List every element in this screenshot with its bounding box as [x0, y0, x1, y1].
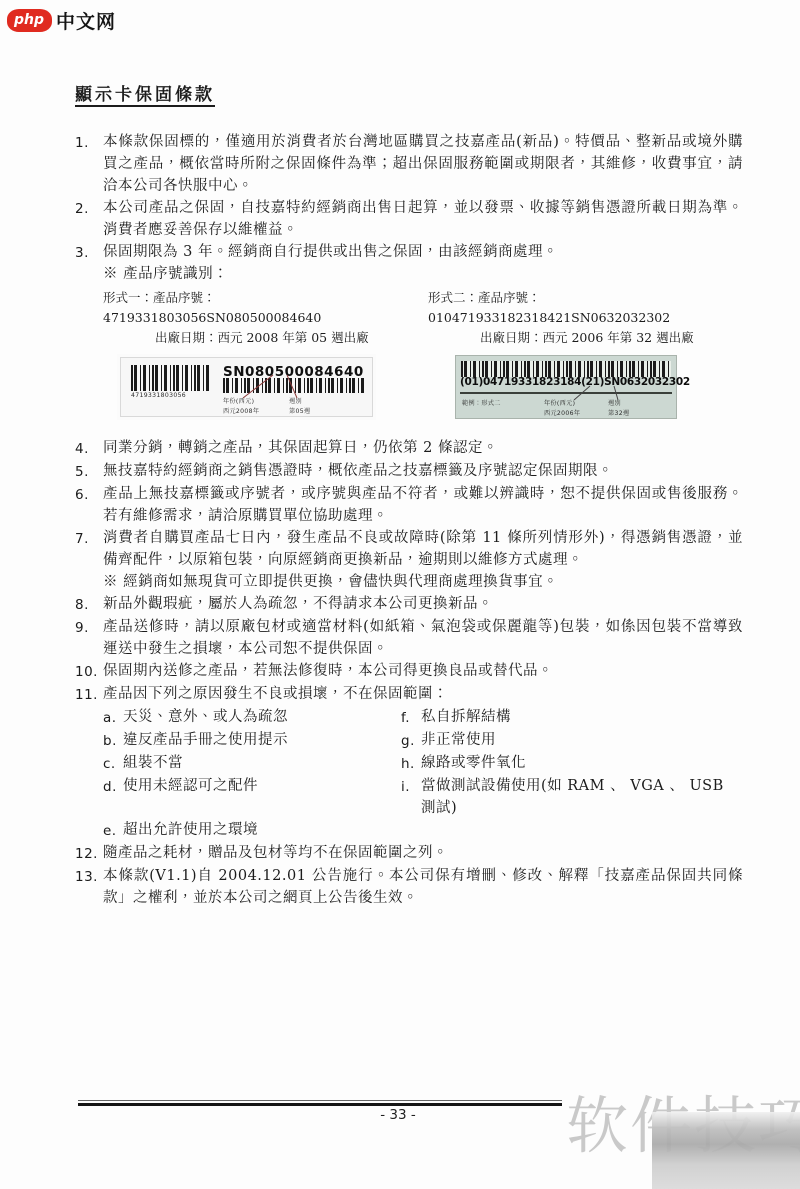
- year-annotation: 年份(西元) 西元2008年: [223, 398, 276, 418]
- format1-prefix: 形式一：: [103, 290, 153, 305]
- year-label: 年份(西元): [544, 400, 580, 407]
- ean-barcode-image: [131, 365, 211, 391]
- term-item-1: 1. 本條款保固標的，僅適用於消費者於台灣地區購買之技嘉產品(新品)。特價品、整…: [75, 131, 743, 197]
- exclusion-text: 違反產品手冊之使用提示: [123, 729, 288, 751]
- exclusion-text: 使用未經認可之配件: [123, 775, 258, 797]
- term-number: 8.: [75, 593, 103, 616]
- term-item-7: 7. 消費者自購買產品七日內，發生產品不良或故障時(除第 11 條所列情形外)，…: [75, 527, 743, 593]
- format2-prefix: 形式二：: [428, 290, 478, 305]
- scan-artifact-block: [652, 1112, 800, 1189]
- week-annotation: 週別 第32週: [608, 400, 639, 420]
- term-item-13: 13. 本條款(V1.1)自 2004.12.01 公告施行。本公司保有增刪、修…: [75, 865, 743, 909]
- term-number: 6.: [75, 483, 103, 506]
- term-number: 13.: [75, 865, 103, 888]
- barcode-label-format1: 4719331803056 SN080500084640 年份(西元) 西元20…: [120, 357, 373, 417]
- year-label: 年份(西元): [223, 398, 259, 405]
- week-value: 第32週: [608, 410, 629, 417]
- serial-barcode-image: [223, 378, 366, 393]
- exclusion-item-c: c.組裝不當: [103, 752, 401, 775]
- term-item-3: 3. 保固期限為 3 年。經銷商自行提供或出售之保固，由該經銷商處理。 ※ 產品…: [75, 241, 743, 437]
- term-number: 1.: [75, 131, 103, 154]
- term-text: 消費者自購買產品七日內，發生產品不良或故障時(除第 11 條所列情形外)，得憑銷…: [103, 527, 743, 571]
- label-divider-line: [460, 392, 672, 394]
- term-text: 新品外觀瑕疵，屬於人為疏忽，不得請求本公司更換新品。: [103, 593, 743, 615]
- term-item-11: 11. 產品因下列之原因發生不良或損壞，不在保固範圍：: [75, 683, 743, 706]
- exclusion-item-a: a.天災、意外、或人為疏忽: [103, 706, 401, 729]
- exclusion-item-e: e.超出允許使用之環境: [103, 819, 401, 842]
- term-item-5: 5. 無技嘉特約經銷商之銷售憑證時，概依產品之技嘉標籤及序號認定保固期限。: [75, 460, 743, 483]
- format1-date: 出廠日期：西元 2008 年第 05 週出廠: [103, 328, 428, 348]
- exclusions-grid: a.天災、意外、或人為疏忽 f.私自拆解結構 b.違反產品手冊之使用提示 g.非…: [103, 706, 743, 842]
- term-number: 9.: [75, 616, 103, 639]
- term-text: 本條款(V1.1)自 2004.12.01 公告施行。本公司保有增刪、修改、解釋…: [103, 865, 743, 909]
- page-number: - 33 -: [358, 1107, 438, 1123]
- exclusion-text: 組裝不當: [123, 752, 183, 774]
- exclusion-text: 線路或零件氧化: [421, 752, 526, 774]
- exclusion-text: 私自拆解結構: [421, 706, 511, 728]
- label-caption: 範例：形式二: [462, 400, 501, 407]
- document-page: php 中文网 顯示卡保固條款 1. 本條款保固標的，僅適用於消費者於台灣地區購…: [0, 0, 800, 1189]
- week-annotation: 週別 第05週: [289, 398, 320, 418]
- gs1-code-text: (01)04719331823184(21)SN0632032302: [460, 371, 690, 393]
- term-text: 產品送修時，請以原廠包材或適當材料(如紙箱、氣泡袋或保麗龍等)包裝，如係因包裝不…: [103, 616, 743, 660]
- term-text: 隨產品之耗材，贈品及包材等均不在保固範圍之列。: [103, 842, 743, 864]
- term-number: 11.: [75, 683, 103, 706]
- exclusion-letter: i.: [401, 775, 421, 798]
- warranty-terms-list: 1. 本條款保固標的，僅適用於消費者於台灣地區購買之技嘉產品(新品)。特價品、整…: [75, 131, 743, 909]
- term-text: 本公司產品之保固，自技嘉特約經銷商出售日起算，並以發票、收據等銷售憑證所載日期為…: [103, 197, 743, 241]
- exclusion-item-b: b.違反產品手冊之使用提示: [103, 729, 401, 752]
- logo-text: 中文网: [56, 7, 116, 34]
- term-text: 產品上無技嘉標籤或序號者，或序號與產品不符者，或難以辨識時，恕不提供保固或售後服…: [103, 483, 743, 527]
- term-text: 本條款保固標的，僅適用於消費者於台灣地區購買之技嘉產品(新品)。特價品、整新品或…: [103, 131, 743, 197]
- dealer-exchange-note: ※ 經銷商如無現貨可立即提供更換，會儘快與代理商處理換貨事宜。: [103, 571, 743, 593]
- page-title: 顯示卡保固條款: [75, 80, 743, 105]
- term-item-6: 6. 產品上無技嘉標籤或序號者，或序號與產品不符者，或難以辨識時，恕不提供保固或…: [75, 483, 743, 527]
- serial-format-2: 形式二：產品序號：010471933182318421SN0632032302 …: [428, 288, 743, 348]
- term-text: 同業分銷，轉銷之產品，其保固起算日，仍依第 2 條認定。: [103, 437, 743, 459]
- exclusion-text: 非正常使用: [421, 729, 496, 751]
- exclusion-text: 天災、意外、或人為疏忽: [123, 706, 288, 728]
- year-value: 西元2008年: [223, 408, 259, 415]
- year-value: 西元2006年: [544, 410, 580, 417]
- barcode-label-format2: (01)04719331823184(21)SN0632032302 範例：形式…: [455, 355, 677, 419]
- exclusion-item-f: f.私自拆解結構: [401, 706, 743, 729]
- term-number: 3.: [75, 241, 103, 264]
- ean-barcode-text: 4719331803056: [131, 392, 213, 399]
- exclusion-letter: g.: [401, 729, 421, 752]
- exclusion-item-h: h.線路或零件氧化: [401, 752, 743, 775]
- week-label: 週別: [289, 398, 310, 405]
- exclusion-item-d: d.使用未經認可之配件: [103, 775, 401, 819]
- term-text: 保固期限為 3 年。經銷商自行提供或出售之保固，由該經銷商處理。: [103, 241, 743, 263]
- format2-date: 出廠日期：西元 2006 年第 32 週出廠: [428, 328, 743, 348]
- term-item-10: 10. 保固期內送修之產品，若無法修復時，本公司得更換良品或替代品。: [75, 660, 743, 683]
- term-text: 產品因下列之原因發生不良或損壞，不在保固範圍：: [103, 683, 743, 705]
- exclusion-letter: b.: [103, 729, 123, 752]
- exclusion-item-i: i.當做測試設備使用(如 RAM 、 VGA 、 USB 測試): [401, 775, 743, 819]
- exclusion-text: 當做測試設備使用(如 RAM 、 VGA 、 USB 測試): [421, 775, 743, 819]
- term-number: 5.: [75, 460, 103, 483]
- term-item-9: 9. 產品送修時，請以原廠包材或適當材料(如紙箱、氣泡袋或保麗龍等)包裝，如係因…: [75, 616, 743, 660]
- year-annotation: 年份(西元) 西元2006年: [544, 400, 597, 420]
- term-text: 無技嘉特約經銷商之銷售憑證時，概依產品之技嘉標籤及序號認定保固期限。: [103, 460, 743, 482]
- term-item-2: 2. 本公司產品之保固，自技嘉特約經銷商出售日起算，並以發票、收據等銷售憑證所載…: [75, 197, 743, 241]
- exclusion-item-g: g.非正常使用: [401, 729, 743, 752]
- document-content: 顯示卡保固條款 1. 本條款保固標的，僅適用於消費者於台灣地區購買之技嘉產品(新…: [75, 80, 743, 909]
- barcode-labels-row: 4719331803056 SN080500084640 年份(西元) 西元20…: [103, 353, 743, 433]
- term-number: 4.: [75, 437, 103, 460]
- term-number: 10.: [75, 660, 103, 683]
- term-item-4: 4. 同業分銷，轉銷之產品，其保固起算日，仍依第 2 條認定。: [75, 437, 743, 460]
- term-number: 2.: [75, 197, 103, 220]
- serial-format-row: 形式一：產品序號：4719331803056SN080500084640 出廠日…: [103, 288, 743, 348]
- footer-rule: [78, 1100, 562, 1106]
- week-label: 週別: [608, 400, 629, 407]
- week-value: 第05週: [289, 408, 310, 415]
- exclusion-letter: d.: [103, 775, 123, 798]
- term-item-12: 12. 隨產品之耗材，贈品及包材等均不在保固範圍之列。: [75, 842, 743, 865]
- exclusion-letter: f.: [401, 706, 421, 729]
- exclusion-text: 超出允許使用之環境: [123, 819, 258, 841]
- serial-id-note: ※ 產品序號識別：: [103, 263, 743, 285]
- term-number: 7.: [75, 527, 103, 550]
- exclusion-letter: c.: [103, 752, 123, 775]
- serial-format-1: 形式一：產品序號：4719331803056SN080500084640 出廠日…: [103, 288, 428, 348]
- exclusion-letter: h.: [401, 752, 421, 775]
- exclusion-letter: e.: [103, 819, 123, 842]
- term-item-8: 8. 新品外觀瑕疵，屬於人為疏忽，不得請求本公司更換新品。: [75, 593, 743, 616]
- site-logo: php 中文网: [7, 7, 116, 34]
- term-text: 保固期內送修之產品，若無法修復時，本公司得更換良品或替代品。: [103, 660, 743, 682]
- exclusion-letter: a.: [103, 706, 123, 729]
- php-logo-badge: php: [7, 9, 52, 32]
- term-number: 12.: [75, 842, 103, 865]
